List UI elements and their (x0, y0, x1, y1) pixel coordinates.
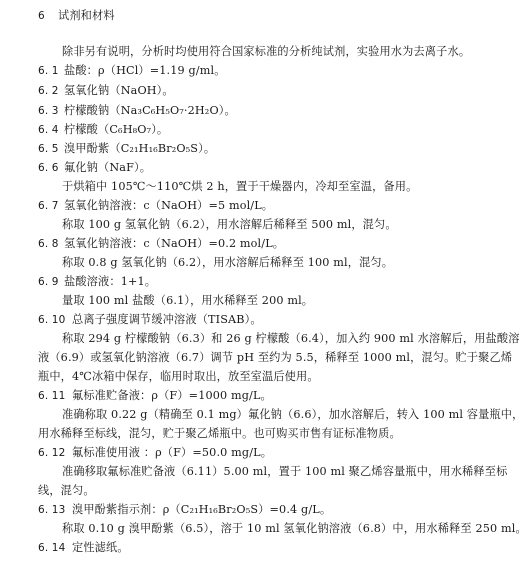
item-text: 氟化钠（NaF）。 (64, 161, 151, 175)
item-number: 6. 14 (38, 541, 65, 555)
item-description: 称取 0.8 g 氢氧化钠（6.2），用水溶解后稀释至 100 ml，混匀。 (62, 256, 393, 270)
item-text: 氢氧化钠溶液：c（NaOH）=5 mol/L。 (64, 199, 273, 213)
item-description: 称取 100 g 氢氧化钠（6.2），用水溶解后稀释至 500 ml，混匀。 (62, 218, 397, 232)
section-title: 试剂和材料 (58, 9, 115, 23)
item-text: 溴甲酚紫（C₂₁H₁₆Br₂O₅S）。 (64, 142, 215, 156)
item-text: 溴甲酚紫指示剂：ρ（C₂₁H₁₆Br₂O₅S）=0.4 g/L。 (72, 503, 331, 517)
item-text: 氢氧化钠（NaOH）。 (64, 84, 174, 98)
item-number: 6. 2 (38, 84, 59, 98)
item-text: 氟标准贮备液：ρ（F）=1000 mg/L。 (72, 389, 272, 403)
item-text: 定性滤纸。 (72, 541, 129, 555)
item-text: 氟标准使用液 ：ρ（F）=50.0 mg/L。 (72, 446, 272, 460)
item-description: 于烘箱中 105℃～110℃烘 2 h，置于干燥器内，冷却至室温，备用。 (62, 180, 417, 194)
item-number: 6. 11 (38, 389, 65, 403)
item-number: 6. 5 (38, 142, 59, 156)
item-number: 6. 9 (38, 275, 59, 289)
item-number: 6. 7 (38, 199, 59, 213)
item-text: 氢氧化钠溶液：c（NaOH）=0.2 mol/L。 (64, 237, 284, 251)
item-description: 称取 294 g 柠檬酸钠（6.3）和 26 g 柠檬酸（6.4），加入约 90… (62, 332, 520, 346)
item-description: 液（6.9）或氢氧化钠溶液（6.7）调节 pH 至约为 5.5，稀释至 1000… (38, 351, 512, 365)
item-description: 用水稀释至标线，混匀，贮于聚乙烯瓶中。也可购买市售有证标准物质。 (38, 427, 401, 441)
item-number: 6. 3 (38, 104, 59, 118)
item-text: 柠檬酸钠（Na₃C₆H₅O₇·2H₂O）。 (64, 104, 236, 118)
item-number: 6. 8 (38, 237, 59, 251)
section-number: 6 (38, 9, 45, 23)
item-number: 6. 4 (38, 123, 59, 137)
item-number: 6. 1 (38, 64, 59, 78)
item-text: 柠檬酸（C₆H₈O₇）。 (64, 123, 168, 137)
item-description: 准确移取氟标准贮备液（6.11）5.00 ml，置于 100 ml 聚乙烯容量瓶… (62, 465, 507, 479)
item-description: 线，混匀。 (38, 484, 95, 498)
intro-text: 除非另有说明，分析时均使用符合国家标准的分析纯试剂，实验用水为去离子水。 (62, 45, 470, 59)
item-text: 盐酸：ρ（HCl）=1.19 g/ml。 (64, 64, 226, 78)
item-number: 6. 13 (38, 503, 65, 517)
item-text: 总离子强度调节缓冲溶液（TISAB）。 (72, 313, 262, 327)
item-number: 6. 10 (38, 313, 65, 327)
item-text: 盐酸溶液：1+1。 (64, 275, 156, 289)
item-description: 准确称取 0.22 g（精确至 0.1 mg）氟化钠（6.6），加水溶解后，转入… (62, 408, 523, 422)
item-number: 6. 6 (38, 161, 59, 175)
item-description: 称取 0.10 g 溴甲酚紫（6.5），溶于 10 ml 氢氧化钠溶液（6.8）… (62, 522, 527, 536)
item-number: 6. 12 (38, 446, 65, 460)
item-description: 量取 100 ml 盐酸（6.1），用水稀释至 200 ml。 (62, 294, 313, 308)
item-description: 瓶中，4℃冰箱中保存，临用时取出，放至室温后使用。 (38, 370, 319, 384)
